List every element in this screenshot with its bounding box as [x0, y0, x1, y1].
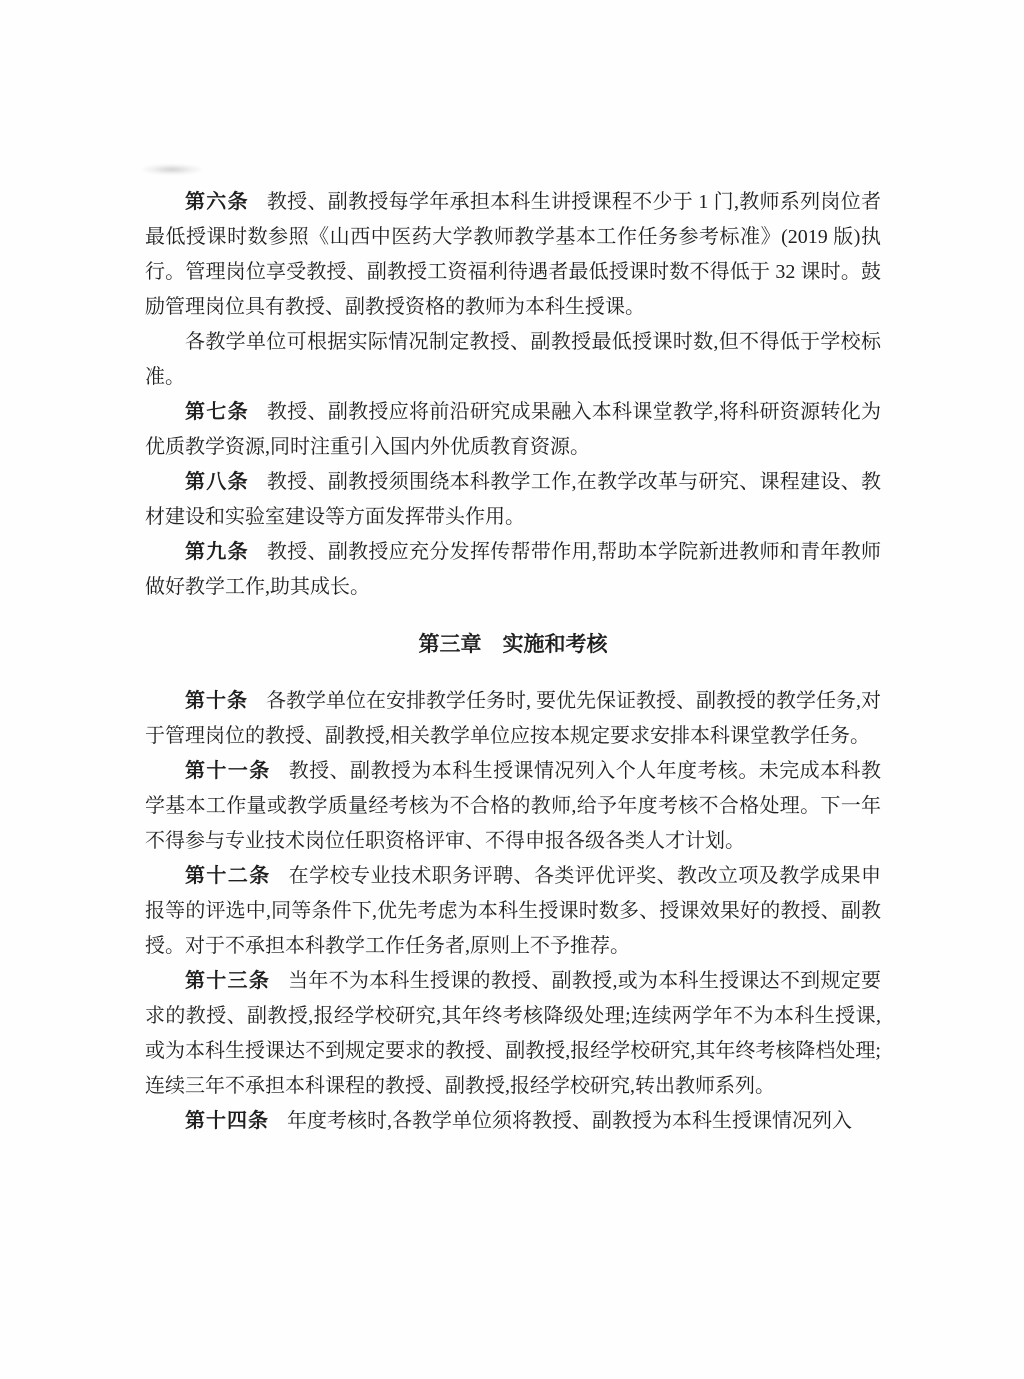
- article-6-supplement-text: 各教学单位可根据实际情况制定教授、副教授最低授课时数,但不得低于学校标准。: [145, 331, 881, 388]
- document-content: 第六条教授、副教授每学年承担本科生讲授课程不少于 1 门,教师系列岗位者最低授课…: [145, 185, 881, 1139]
- document-page: 第六条教授、副教授每学年承担本科生讲授课程不少于 1 门,教师系列岗位者最低授课…: [0, 0, 1024, 1379]
- article-7-paragraph: 第七条教授、副教授应将前沿研究成果融入本科课堂教学,将科研资源转化为优质教学资源…: [145, 395, 881, 465]
- article-14-number: 第十四条: [185, 1110, 269, 1132]
- article-14-paragraph: 第十四条年度考核时,各教学单位须将教授、副教授为本科生授课情况列入: [145, 1104, 881, 1139]
- article-6-supplement-paragraph: 各教学单位可根据实际情况制定教授、副教授最低授课时数,但不得低于学校标准。: [145, 325, 881, 395]
- chapter-number: 第三章: [419, 633, 482, 656]
- article-6-text: 教授、副教授每学年承担本科生讲授课程不少于 1 门,教师系列岗位者最低授课时数参…: [145, 191, 881, 318]
- article-9-text: 教授、副教授应充分发挥传帮带作用,帮助本学院新进教师和青年教师做好教学工作,助其…: [145, 541, 881, 598]
- article-11-number: 第十一条: [185, 760, 271, 782]
- article-8-paragraph: 第八条教授、副教授须围绕本科教学工作,在教学改革与研究、课程建设、教材建设和实验…: [145, 465, 881, 535]
- article-6-paragraph: 第六条教授、副教授每学年承担本科生讲授课程不少于 1 门,教师系列岗位者最低授课…: [145, 185, 881, 325]
- article-12-number: 第十二条: [185, 865, 271, 887]
- article-13-paragraph: 第十三条当年不为本科生授课的教授、副教授,或为本科生授课达不到规定要求的教授、副…: [145, 964, 881, 1104]
- article-7-text: 教授、副教授应将前沿研究成果融入本科课堂教学,将科研资源转化为优质教学资源,同时…: [145, 401, 881, 458]
- article-7-number: 第七条: [185, 401, 249, 423]
- article-8-text: 教授、副教授须围绕本科教学工作,在教学改革与研究、课程建设、教材建设和实验室建设…: [145, 471, 881, 528]
- article-13-number: 第十三条: [185, 970, 270, 992]
- article-10-text: 各教学单位在安排教学任务时, 要优先保证教授、副教授的教学任务,对于管理岗位的教…: [145, 690, 881, 747]
- article-10-paragraph: 第十条各教学单位在安排教学任务时, 要优先保证教授、副教授的教学任务,对于管理岗…: [145, 684, 881, 754]
- chapter-title: 实施和考核: [503, 633, 608, 656]
- article-14-text: 年度考核时,各教学单位须将教授、副教授为本科生授课情况列入: [287, 1110, 852, 1132]
- article-12-paragraph: 第十二条在学校专业技术职务评聘、各类评优评奖、教改立项及教学成果申报等的评选中,…: [145, 859, 881, 964]
- article-9-number: 第九条: [185, 541, 249, 563]
- article-6-number: 第六条: [185, 191, 249, 213]
- article-9-paragraph: 第九条教授、副教授应充分发挥传帮带作用,帮助本学院新进教师和青年教师做好教学工作…: [145, 535, 881, 605]
- article-8-number: 第八条: [185, 471, 249, 493]
- chapter-heading: 第三章实施和考核: [145, 627, 881, 662]
- article-10-number: 第十条: [185, 690, 248, 712]
- article-11-paragraph: 第十一条教授、副教授为本科生授课情况列入个人年度考核。未完成本科教学基本工作量或…: [145, 754, 881, 859]
- scan-smudge-artifact: [141, 164, 203, 175]
